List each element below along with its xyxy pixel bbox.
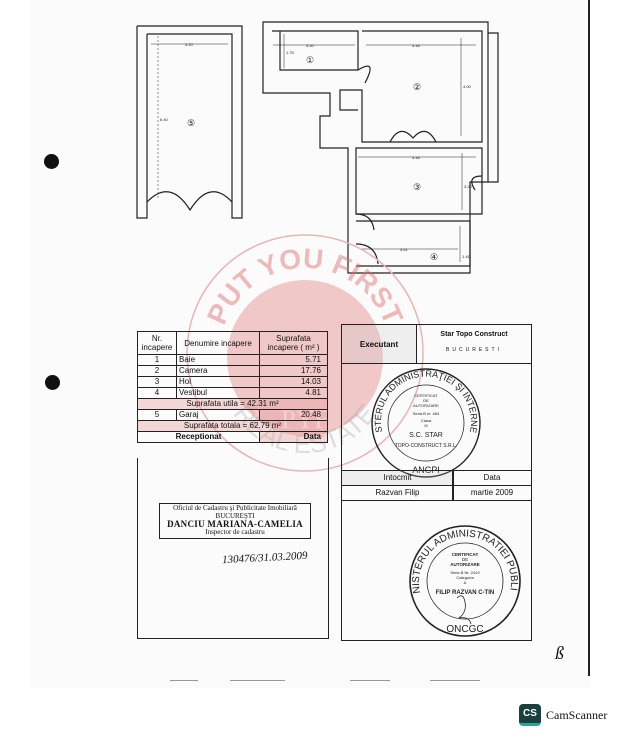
useful-area-row: Suprafata utila = 42.31 m² — [138, 399, 328, 410]
total-area-row: Suprafata totala = 62.79 m² — [138, 421, 328, 432]
rooms-table: Nr. incapere Denumire incapere Suprafata… — [137, 331, 328, 443]
scan-artifact — [230, 680, 285, 681]
executant-city: BUCURESTI — [417, 347, 531, 353]
svg-text:AUTORIZARE: AUTORIZARE — [450, 562, 479, 567]
table-row: 3 Hol 14.03 — [138, 377, 328, 388]
svg-text:1.41: 1.41 — [462, 254, 471, 259]
scan-artifact — [430, 680, 480, 681]
scan-artifact — [170, 680, 198, 681]
camscanner-logo-icon: CS — [519, 704, 541, 726]
svg-text:6.40: 6.40 — [160, 117, 169, 122]
executant-box: Executant Star Topo Construct BUCURESTI … — [341, 324, 532, 641]
header-name: Denumire incapere — [177, 332, 260, 355]
prepared-row: Intocmit Data Razvan Filip martie 2009 — [342, 470, 531, 506]
punch-hole — [45, 375, 60, 390]
svg-text:②: ② — [413, 82, 421, 92]
svg-text:1.75: 1.75 — [286, 50, 295, 55]
signature-mark: ß — [555, 643, 564, 664]
prepared-date-label: Data — [452, 470, 532, 486]
table-row: 4 Vestibul 4.81 — [138, 388, 328, 399]
oncgc-stamp: MINISTERUL ADMINISTRATIEI PUBLICE ONCGC … — [405, 522, 525, 640]
svg-text:III: III — [424, 423, 427, 428]
svg-text:ONCGC: ONCGC — [446, 624, 483, 635]
table-row: 2 Camera 17.76 — [138, 366, 328, 377]
executant-label: Executant — [342, 325, 417, 363]
svg-text:AUTORIZARE: AUTORIZARE — [413, 403, 439, 408]
svg-text:Seria B nr. 464: Seria B nr. 464 — [413, 411, 440, 416]
svg-text:③: ③ — [413, 182, 421, 192]
table-row: 1 Baie 5.71 — [138, 355, 328, 366]
svg-text:TOPO-CONSTRUCT S.R.L.: TOPO-CONSTRUCT S.R.L. — [395, 443, 457, 449]
svg-text:4.00: 4.00 — [463, 84, 472, 89]
header-area: Suprafata incapere ( m² ) — [260, 332, 328, 355]
svg-text:S.C. STAR: S.C. STAR — [409, 432, 443, 439]
svg-text:④: ④ — [430, 252, 438, 262]
camscanner-label: CamScanner — [546, 708, 607, 723]
punch-hole — [44, 154, 59, 169]
svg-text:3.20: 3.20 — [185, 42, 194, 47]
executant-row: Executant Star Topo Construct BUCURESTI — [342, 325, 531, 364]
received-row: Receptionat Data — [138, 432, 328, 443]
table-header-row: Nr. incapere Denumire incapere Suprafata… — [138, 332, 328, 355]
svg-text:①: ① — [306, 55, 314, 65]
scan-artifact — [350, 680, 390, 681]
svg-text:4.46: 4.46 — [412, 155, 421, 160]
garage-row: 5 Garaj 20.48 — [138, 410, 328, 421]
header-nr: Nr. incapere — [138, 332, 177, 355]
svg-text:4.46: 4.46 — [412, 43, 421, 48]
page-edge-line — [588, 0, 590, 676]
svg-text:⑤: ⑤ — [187, 118, 195, 128]
prepared-name: Razvan Filip — [341, 485, 454, 501]
svg-text:3.20: 3.20 — [306, 43, 315, 48]
svg-text:A: A — [464, 580, 467, 585]
prepared-label: Intocmit — [341, 470, 454, 486]
svg-text:FILIP RAZVAN C-TIN: FILIP RAZVAN C-TIN — [436, 590, 494, 596]
svg-text:3.20: 3.20 — [464, 184, 473, 189]
svg-text:3.41: 3.41 — [400, 247, 409, 252]
floor-plan: 3.20 6.40 3.20 1.75 4.46 4.00 4.46 3.20 … — [130, 18, 510, 278]
ocpi-stamp: Oficiul de Cadastru şi Publicitate Imobi… — [159, 503, 311, 539]
ancpi-stamp: MINISTERUL ADMINISTRAŢIEI ŞI INTERNELOR … — [368, 365, 484, 481]
prepared-date: martie 2009 — [452, 485, 532, 501]
reception-box — [137, 458, 329, 639]
executant-company: Star Topo Construct — [417, 331, 531, 338]
